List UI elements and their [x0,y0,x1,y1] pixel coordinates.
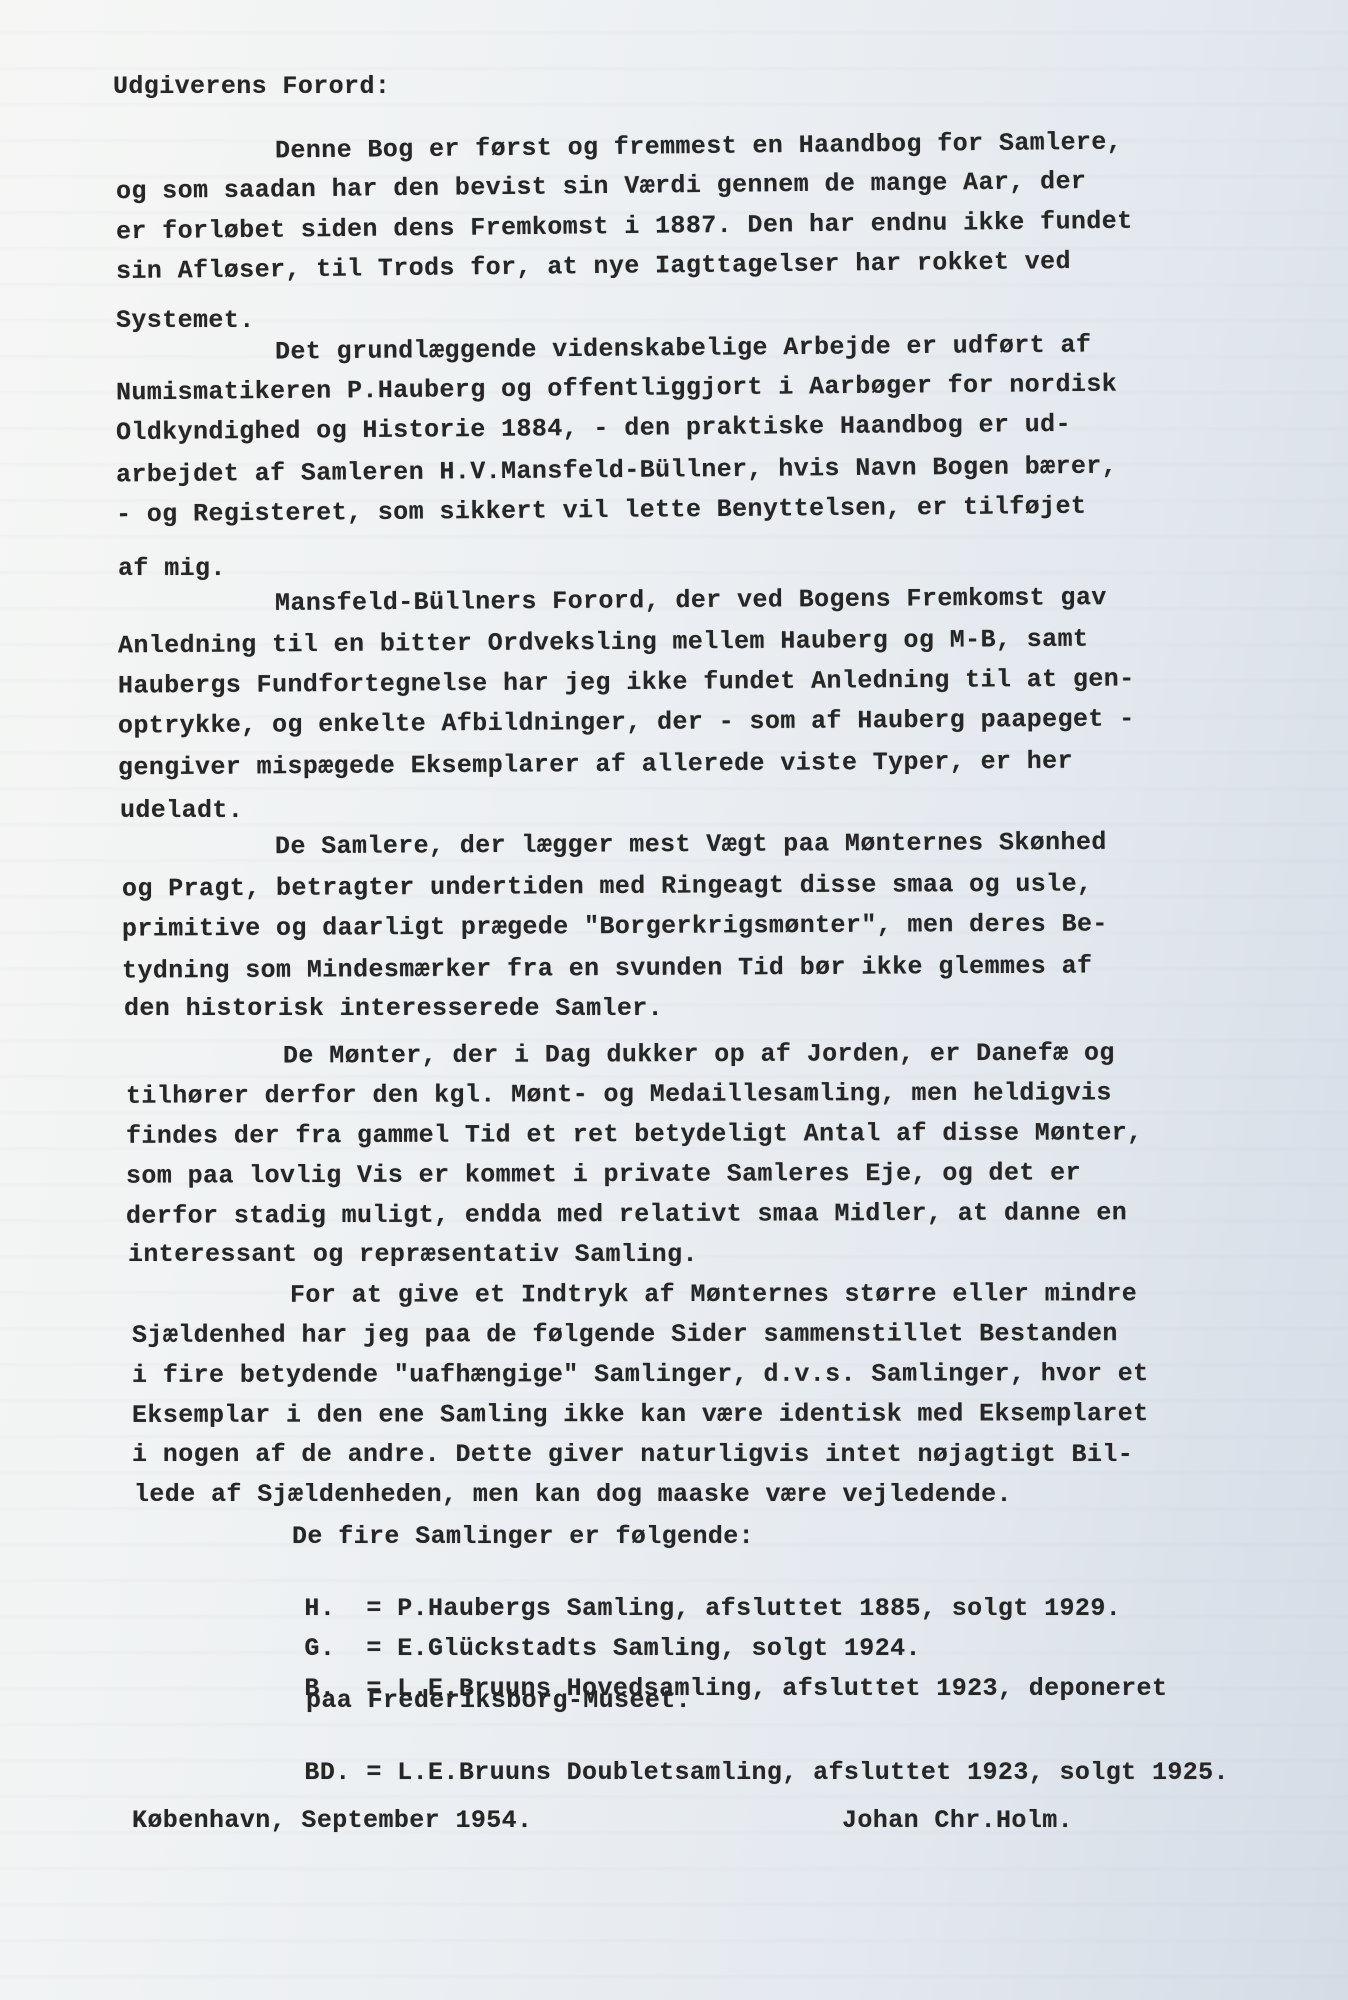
text-line: Anledning til en bitter Ordveksling mell… [118,625,1089,662]
typewritten-page: Udgiverens Forord: Denne Bog er først og… [0,0,1348,2000]
text-line: primitive og daarligt prægede "Borgerkri… [122,909,1108,944]
collection-desc: = L.E.Bruuns Doubletsamling, afsluttet 1… [366,1758,1229,1787]
text-line: udeladt. [120,796,243,826]
text-line: Haubergs Fundfortegnelse har jeg ikke fu… [118,664,1135,701]
list-intro: De fire Samlinger er følgende: [292,1522,754,1552]
text-line: arbejdet af Samleren H.V.Mansfeld-Büllne… [116,452,1117,491]
collection-abbr: BD. [304,1758,366,1788]
text-line: findes der fra gammel Tid et ret betydel… [126,1118,1143,1152]
text-line: interessant og repræsentativ Samling. [128,1240,698,1270]
text-line: sin Afløser, til Trods for, at nye Iagtt… [116,247,1071,287]
text-line: lede af Sjældenheden, men kan dog maaske… [134,1480,1012,1510]
place-date: København, September 1954. [132,1806,532,1836]
text-line: derfor stadig muligt, endda med relativt… [126,1198,1127,1231]
text-line: De Samlere, der lægger mest Vægt paa Møn… [275,828,1107,862]
list-item-continuation: paa Frederiksborg-Museet. [306,1686,691,1716]
text-line: tydning som Mindesmærker fra en svunden … [122,951,1093,986]
text-line: i nogen af de andre. Dette giver naturli… [132,1440,1133,1470]
text-line: er forløbet siden dens Fremkomst i 1887.… [116,207,1133,248]
page-title: Udgiverens Forord: [113,72,390,102]
text-line: Denne Bog er først og fremmest en Haandb… [275,128,1122,167]
text-line: Det grundlæggende videnskabelige Arbejde… [275,330,1092,367]
text-line: tilhører derfor den kgl. Mønt- og Medail… [126,1078,1112,1111]
text-line: optrykke, og enkelte Afbildninger, der -… [118,704,1135,741]
text-line: den historisk interesserede Samler. [124,994,663,1024]
text-line: De Mønter, der i Dag dukker op af Jorden… [283,1039,1115,1072]
text-line: For at give et Indtryk af Mønternes stør… [290,1279,1137,1310]
text-line: og som saadan har den bevist sin Værdi g… [116,167,1087,207]
text-line: Eksemplar i den ene Samling ikke kan vær… [132,1399,1149,1431]
text-line: - og Registeret, som sikkert vil lette B… [116,492,1087,530]
text-line: og Pragt, betragter undertiden med Ringe… [122,869,1093,904]
text-line: Sjældenhed har jeg paa de følgende Sider… [132,1319,1118,1351]
text-line: af mig. [118,554,226,584]
text-line: som paa lovlig Vis er kommet i private S… [126,1158,1081,1191]
list-item: BD.= L.E.Bruuns Doubletsamling, afslutte… [212,1728,1229,1818]
text-line: i fire betydende "uafhængige" Samlinger,… [132,1359,1149,1391]
text-line: gengiver mispægede Eksemplarer af allere… [118,747,1073,784]
text-line: Systemet. [116,306,255,336]
text-line: Oldkyndighed og Historie 1884, - den pra… [116,410,1071,448]
text-line: Mansfeld-Büllners Forord, der ved Bogens… [275,583,1107,619]
text-line: Numismatikeren P.Hauberg og offentliggjo… [116,370,1117,409]
signature: Johan Chr.Holm. [842,1806,1073,1836]
